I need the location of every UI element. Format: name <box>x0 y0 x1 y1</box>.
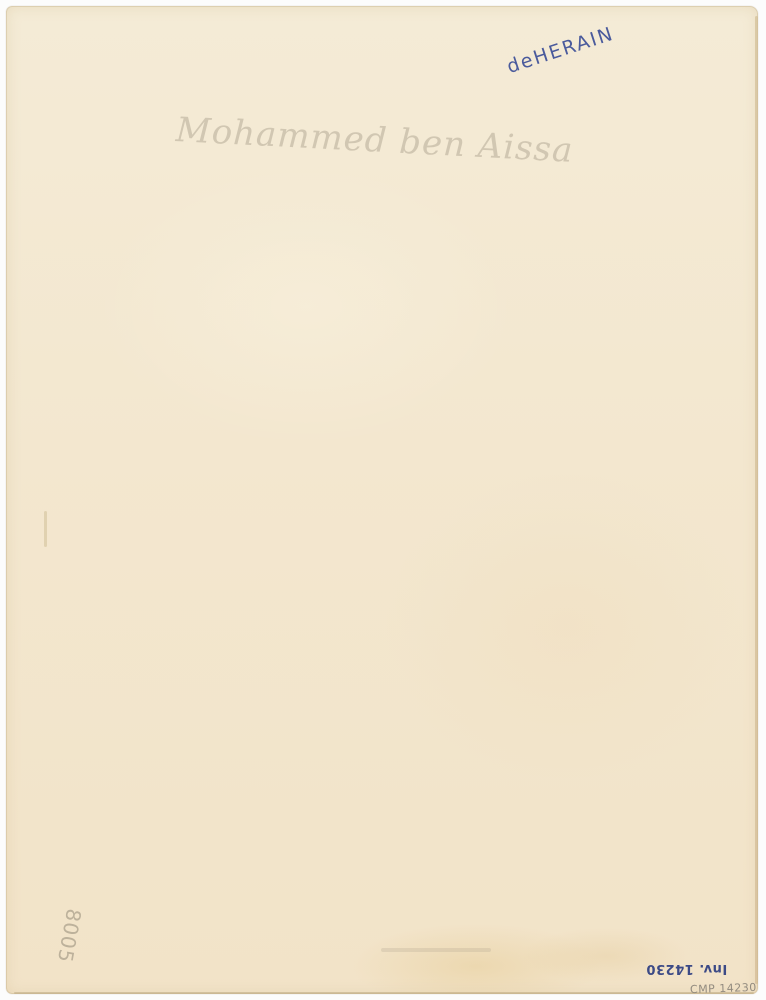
scan-background: Mohammed ben Aissa deHERAIN 8005 Inv. 14… <box>0 0 766 1000</box>
paper-smudge <box>381 948 491 952</box>
card-edge-right <box>755 16 758 984</box>
card-edge-bottom <box>14 992 754 994</box>
pencil-number-rotated: 8005 <box>53 907 86 965</box>
paper-stain <box>44 511 47 547</box>
ink-name-inscription: deHERAIN <box>504 23 617 78</box>
inventory-number-inverted: Inv. 14230 <box>646 961 727 976</box>
pencil-title-inscription: Mohammed ben Aissa <box>175 110 574 171</box>
catalog-number: CMP 14230 <box>690 981 757 996</box>
photo-card-verso: Mohammed ben Aissa deHERAIN 8005 Inv. 14… <box>6 6 758 994</box>
